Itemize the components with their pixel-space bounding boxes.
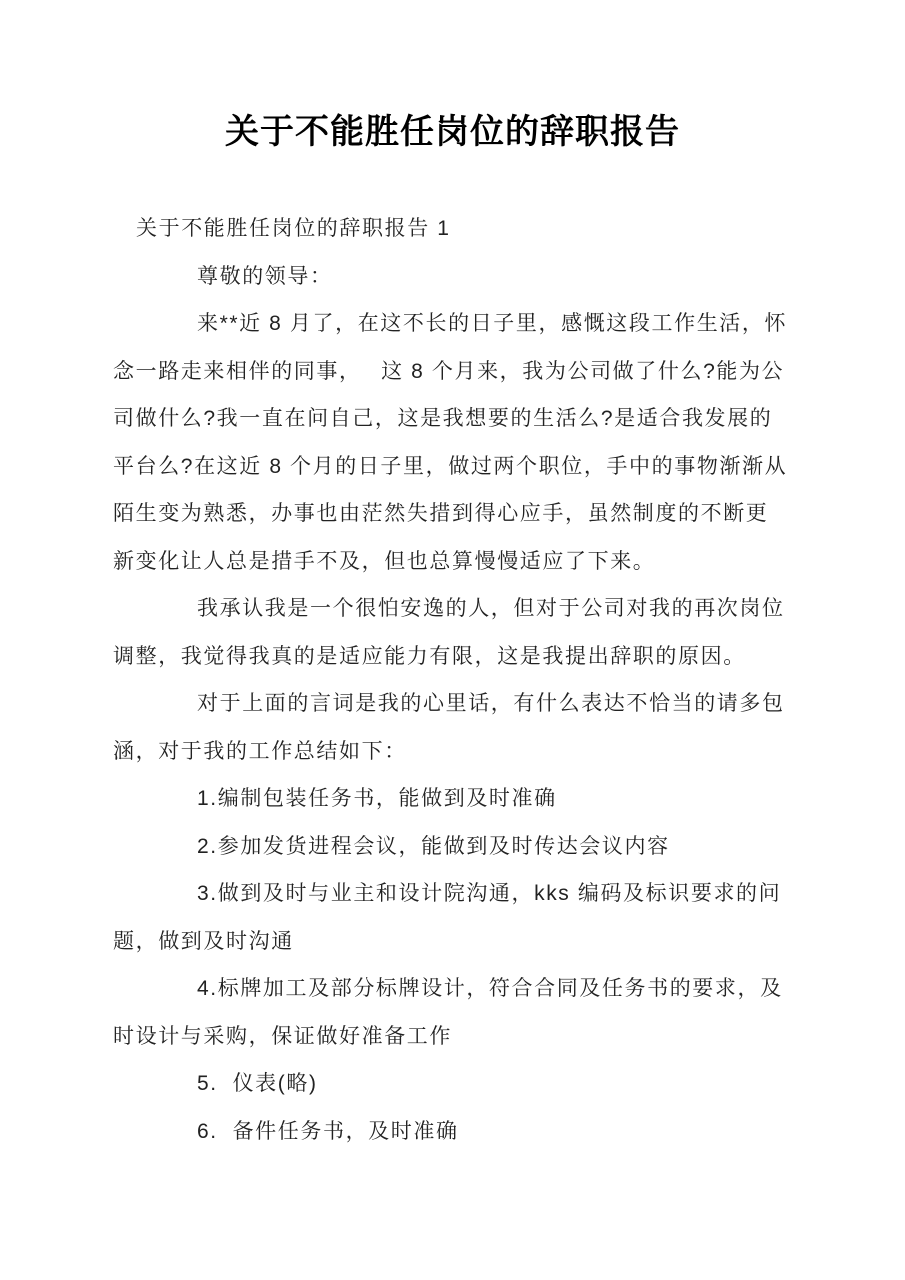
doc-subtitle-line: 关于不能胜任岗位的辞职报告 1 <box>113 205 793 253</box>
doc-list-item-4: 4.标牌加工及部分标牌设计，符合合同及任务书的要求，及 <box>113 965 793 1013</box>
doc-line: 陌生变为熟悉，办事也由茫然失措到得心应手，虽然制度的不断更 <box>113 490 793 538</box>
doc-salutation: 尊敬的领导： <box>113 253 793 301</box>
doc-line: 念一路走来相伴的同事， 这 8 个月来，我为公司做了什么?能为公 <box>113 348 793 396</box>
doc-list-item-1: 1.编制包装任务书，能做到及时准确 <box>113 775 793 823</box>
doc-line: 平台么?在这近 8 个月的日子里，做过两个职位，手中的事物渐渐从 <box>113 443 793 491</box>
doc-line: 调整，我觉得我真的是适应能力有限，这是我提出辞职的原因。 <box>113 633 793 681</box>
doc-list-item-2: 2.参加发货进程会议，能做到及时传达会议内容 <box>113 823 793 871</box>
doc-line: 时设计与采购，保证做好准备工作 <box>113 1013 793 1061</box>
doc-line: 我承认我是一个很怕安逸的人，但对于公司对我的再次岗位 <box>113 585 793 633</box>
doc-line: 新变化让人总是措手不及，但也总算慢慢适应了下来。 <box>113 538 793 586</box>
doc-list-item-6: 6. 备件任务书，及时准确 <box>113 1108 793 1156</box>
doc-line: 对于上面的言词是我的心里话，有什么表达不恰当的请多包 <box>113 680 793 728</box>
doc-line: 涵，对于我的工作总结如下： <box>113 728 793 776</box>
document-title: 关于不能胜任岗位的辞职报告 <box>0 104 905 153</box>
document-page: 关于不能胜任岗位的辞职报告 关于不能胜任岗位的辞职报告 1 尊敬的领导： 来**… <box>0 0 905 1280</box>
doc-list-item-5: 5. 仪表(略) <box>113 1060 793 1108</box>
doc-line: 司做什么?我一直在问自己，这是我想要的生活么?是适合我发展的 <box>113 395 793 443</box>
doc-line: 来**近 8 月了，在这不长的日子里，感慨这段工作生活，怀 <box>113 300 793 348</box>
doc-list-item-3: 3.做到及时与业主和设计院沟通，kks 编码及标识要求的问 <box>113 870 793 918</box>
doc-line: 题，做到及时沟通 <box>113 918 793 966</box>
document-body: 关于不能胜任岗位的辞职报告 1 尊敬的领导： 来**近 8 月了，在这不长的日子… <box>113 205 793 1155</box>
